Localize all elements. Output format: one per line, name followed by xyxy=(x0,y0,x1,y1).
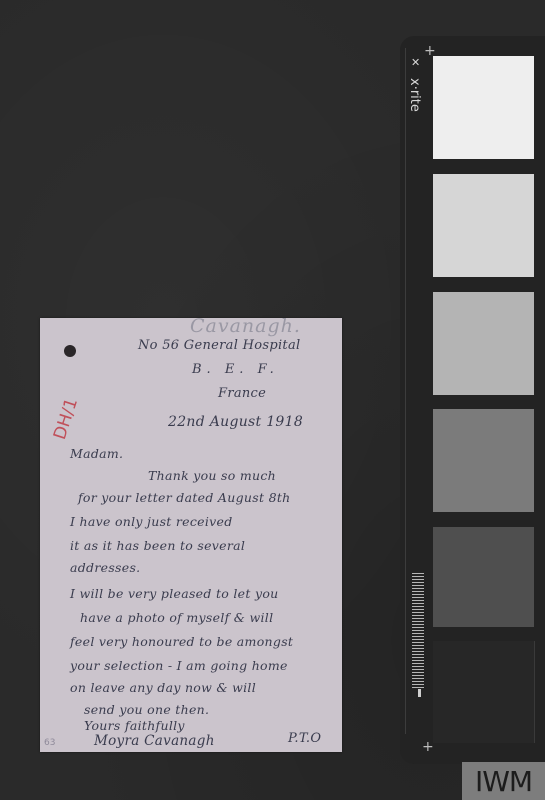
scale-ruler-end xyxy=(418,689,421,697)
body-line: it as it has been to several xyxy=(70,538,245,553)
body-line: send you one then. xyxy=(84,702,209,717)
color-calibration-chart: ✕ x·rite + + xyxy=(400,36,545,764)
crosshair-bottom-icon: + xyxy=(422,740,434,754)
closing: Yours faithfully xyxy=(84,718,185,733)
gray-patch-4 xyxy=(433,409,534,512)
body-line: Thank you so much xyxy=(148,468,276,483)
body-line: for your letter dated August 8th xyxy=(78,490,291,505)
punch-hole xyxy=(64,345,76,357)
signature: Moyra Cavanagh xyxy=(94,733,215,749)
letter-date: 22nd August 1918 xyxy=(168,414,303,430)
gray-patch-1 xyxy=(433,56,534,159)
iwm-watermark: IWM xyxy=(462,762,545,800)
body-line: on leave any day now & will xyxy=(70,680,256,695)
xrite-logo-icon: ✕ xyxy=(411,56,420,69)
gray-patch-2 xyxy=(433,174,534,277)
gray-patch-5 xyxy=(433,527,534,627)
pencil-name-annotation: Cavanagh. xyxy=(190,315,301,337)
xrite-brand-label: x·rite xyxy=(407,78,422,112)
address-line-1: No 56 General Hospital xyxy=(138,338,300,353)
red-reference-annotation: DH/1 xyxy=(50,396,82,443)
body-line: your selection - I am going home xyxy=(70,658,288,673)
pto-note: P.T.O xyxy=(288,731,321,746)
body-line: I will be very pleased to let you xyxy=(70,586,279,601)
body-line: I have only just received xyxy=(70,514,233,529)
gray-patch-3 xyxy=(433,292,534,395)
salutation: Madam. xyxy=(70,446,123,461)
body-line: feel very honoured to be amongst xyxy=(70,634,293,649)
body-line: have a photo of myself & will xyxy=(80,610,273,625)
letter-document: Cavanagh. DH/1 No 56 General Hospital B.… xyxy=(40,318,342,752)
address-line-3: France xyxy=(218,386,266,401)
gray-patch-6 xyxy=(433,641,535,743)
xrite-brand: ✕ x·rite xyxy=(406,56,424,126)
body-line: addresses. xyxy=(70,560,140,575)
page-number: 63 xyxy=(44,738,55,748)
address-line-2: B. E. F. xyxy=(192,362,279,377)
scale-ruler xyxy=(412,573,424,689)
chart-edge-line xyxy=(405,48,406,734)
